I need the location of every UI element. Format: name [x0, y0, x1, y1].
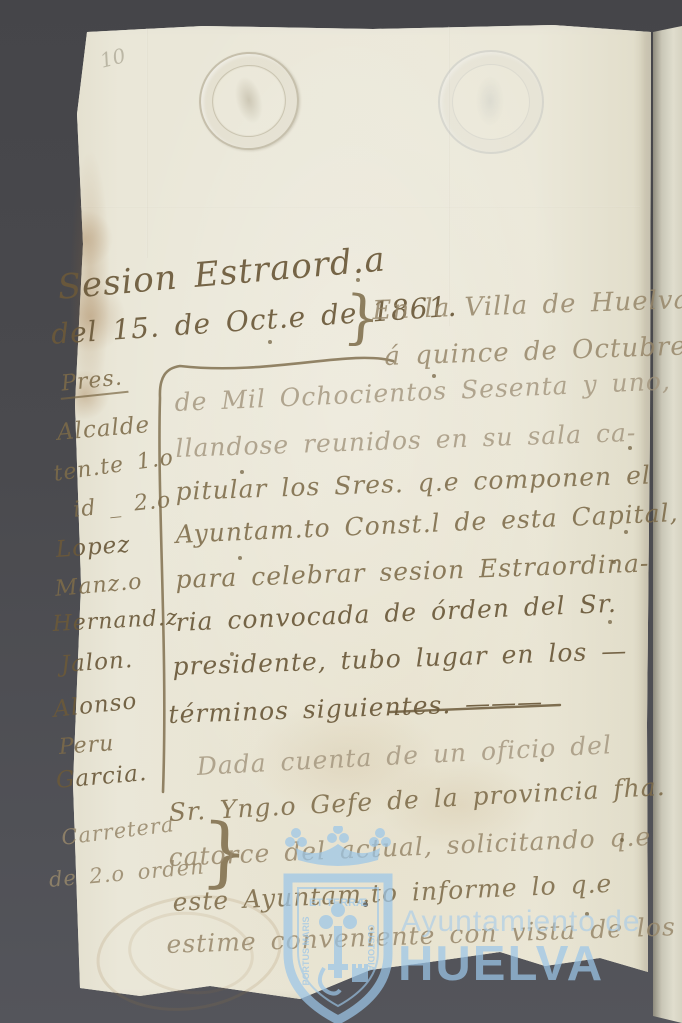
- attendee-item: Lopez: [55, 532, 131, 563]
- scanned-manuscript-page: 10 Sesion Estraord.a del 15. de Oct.e de…: [0, 0, 682, 1023]
- paper-crease: [80, 206, 640, 208]
- attendee-item: Jalon.: [60, 647, 134, 678]
- attendee-item: Peru: [58, 731, 115, 760]
- embossed-seal-right: [438, 50, 544, 154]
- paper-crease: [146, 28, 148, 258]
